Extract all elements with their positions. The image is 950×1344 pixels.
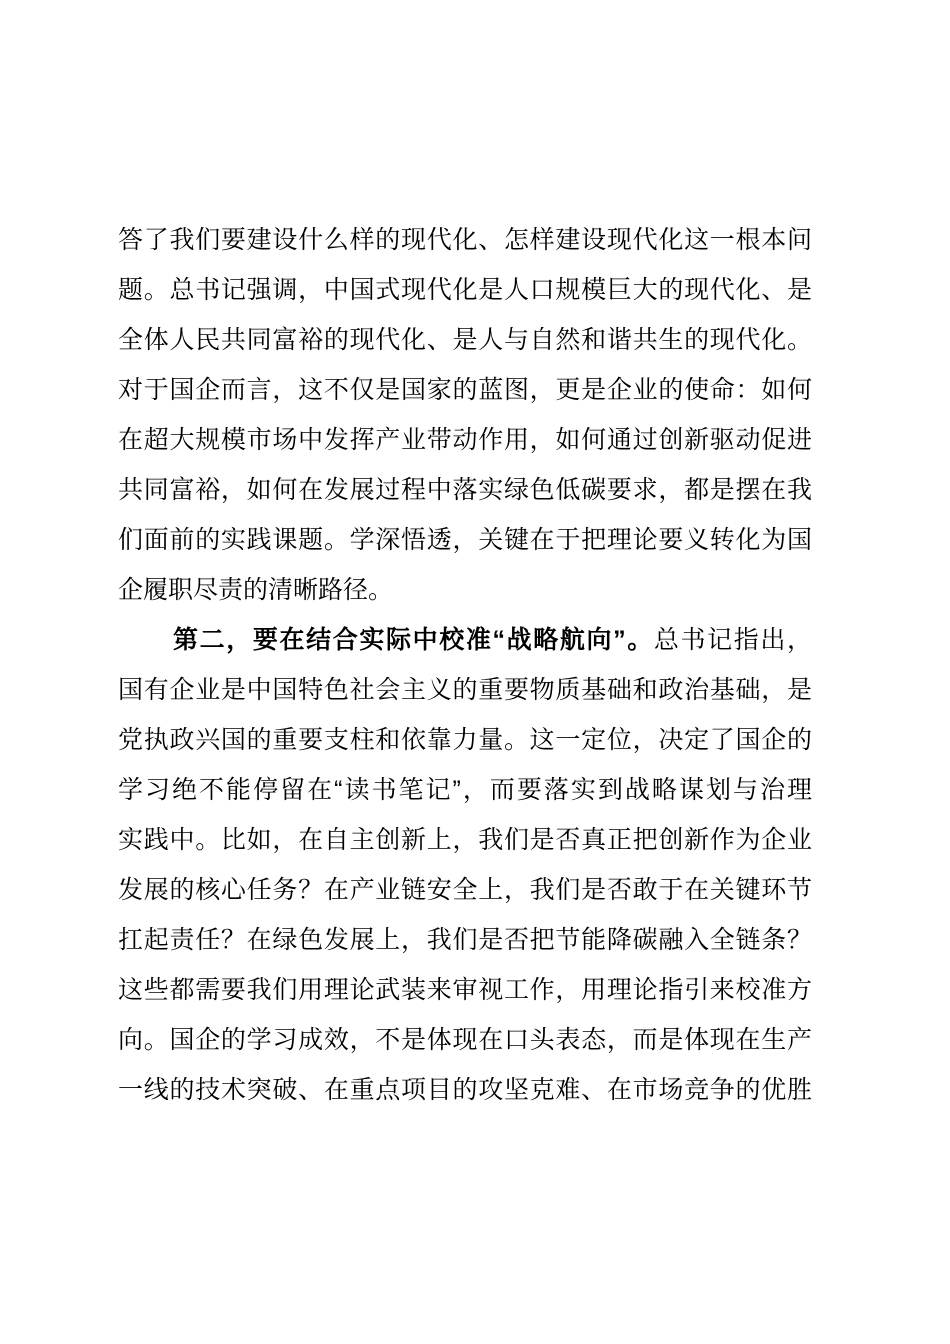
text-segment: 企履职尽责的清晰路径。 bbox=[118, 576, 393, 604]
text-line: 在超大规模市场中发挥产业带动作用，如何通过创新驱动促进 bbox=[118, 415, 812, 465]
text-segment: 学习绝不能停留在“读书笔记”，而要落实到战略谋划与治理 bbox=[118, 776, 812, 804]
text-segment: 答了我们要建设什么样的现代化、怎样建设现代化这一根本问 bbox=[118, 226, 812, 254]
text-segment: 党执政兴国的重要支柱和依靠力量。这一定位，决定了国企的 bbox=[118, 726, 812, 754]
text-segment: 扛起责任？在绿色发展上，我们是否把节能降碳融入全链条？ bbox=[118, 926, 812, 954]
text-line: 实践中。比如，在自主创新上，我们是否真正把创新作为企业 bbox=[118, 815, 812, 865]
text-segment: 共同富裕，如何在发展过程中落实绿色低碳要求，都是摆在我 bbox=[118, 476, 812, 504]
text-segment: 总书记指出， bbox=[654, 626, 812, 654]
bold-heading-segment: 第二，要在结合实际中校准“战略航向”。 bbox=[173, 626, 654, 654]
text-line: 学习绝不能停留在“读书笔记”，而要落实到战略谋划与治理 bbox=[118, 765, 812, 815]
text-line: 党执政兴国的重要支柱和依靠力量。这一定位，决定了国企的 bbox=[118, 715, 812, 765]
text-line: 对于国企而言，这不仅是国家的蓝图，更是企业的使命：如何 bbox=[118, 365, 812, 415]
text-line: 发展的核心任务？在产业链安全上，我们是否敢于在关键环节 bbox=[118, 865, 812, 915]
text-segment: 实践中。比如，在自主创新上，我们是否真正把创新作为企业 bbox=[118, 826, 812, 854]
text-line: 国有企业是中国特色社会主义的重要物质基础和政治基础，是 bbox=[118, 665, 812, 715]
text-line: 一线的技术突破、在重点项目的攻坚克难、在市场竞争的优胜 bbox=[118, 1065, 812, 1115]
text-segment: 们面前的实践课题。学深悟透，关键在于把理论要义转化为国 bbox=[118, 526, 812, 554]
text-line: 全体人民共同富裕的现代化、是人与自然和谐共生的现代化。 bbox=[118, 315, 812, 365]
text-line: 向。国企的学习成效，不是体现在口头表态，而是体现在生产 bbox=[118, 1015, 812, 1065]
document-page: 答了我们要建设什么样的现代化、怎样建设现代化这一根本问题。总书记强调，中国式现代… bbox=[0, 0, 950, 1344]
text-line: 共同富裕，如何在发展过程中落实绿色低碳要求，都是摆在我 bbox=[118, 465, 812, 515]
text-segment: 向。国企的学习成效，不是体现在口头表态，而是体现在生产 bbox=[118, 1026, 812, 1054]
text-line: 答了我们要建设什么样的现代化、怎样建设现代化这一根本问 bbox=[118, 215, 812, 265]
text-segment: 国有企业是中国特色社会主义的重要物质基础和政治基础，是 bbox=[118, 676, 812, 704]
text-segment: 这些都需要我们用理论武装来审视工作，用理论指引来校准方 bbox=[118, 976, 812, 1004]
text-segment: 题。总书记强调，中国式现代化是人口规模巨大的现代化、是 bbox=[118, 276, 812, 304]
text-line: 题。总书记强调，中国式现代化是人口规模巨大的现代化、是 bbox=[118, 265, 812, 315]
text-line: 们面前的实践课题。学深悟透，关键在于把理论要义转化为国 bbox=[118, 515, 812, 565]
text-line: 这些都需要我们用理论武装来审视工作，用理论指引来校准方 bbox=[118, 965, 812, 1015]
text-segment: 一线的技术突破、在重点项目的攻坚克难、在市场竞争的优胜 bbox=[118, 1076, 812, 1104]
text-segment: 全体人民共同富裕的现代化、是人与自然和谐共生的现代化。 bbox=[118, 326, 812, 354]
document-body: 答了我们要建设什么样的现代化、怎样建设现代化这一根本问题。总书记强调，中国式现代… bbox=[118, 215, 812, 1115]
text-segment: 对于国企而言，这不仅是国家的蓝图，更是企业的使命：如何 bbox=[118, 376, 812, 404]
text-line: 扛起责任？在绿色发展上，我们是否把节能降碳融入全链条？ bbox=[118, 915, 812, 965]
text-segment: 发展的核心任务？在产业链安全上，我们是否敢于在关键环节 bbox=[118, 876, 812, 904]
text-segment: 在超大规模市场中发挥产业带动作用，如何通过创新驱动促进 bbox=[118, 426, 812, 454]
text-line: 第二，要在结合实际中校准“战略航向”。总书记指出， bbox=[118, 615, 812, 665]
text-line: 企履职尽责的清晰路径。 bbox=[118, 565, 812, 615]
